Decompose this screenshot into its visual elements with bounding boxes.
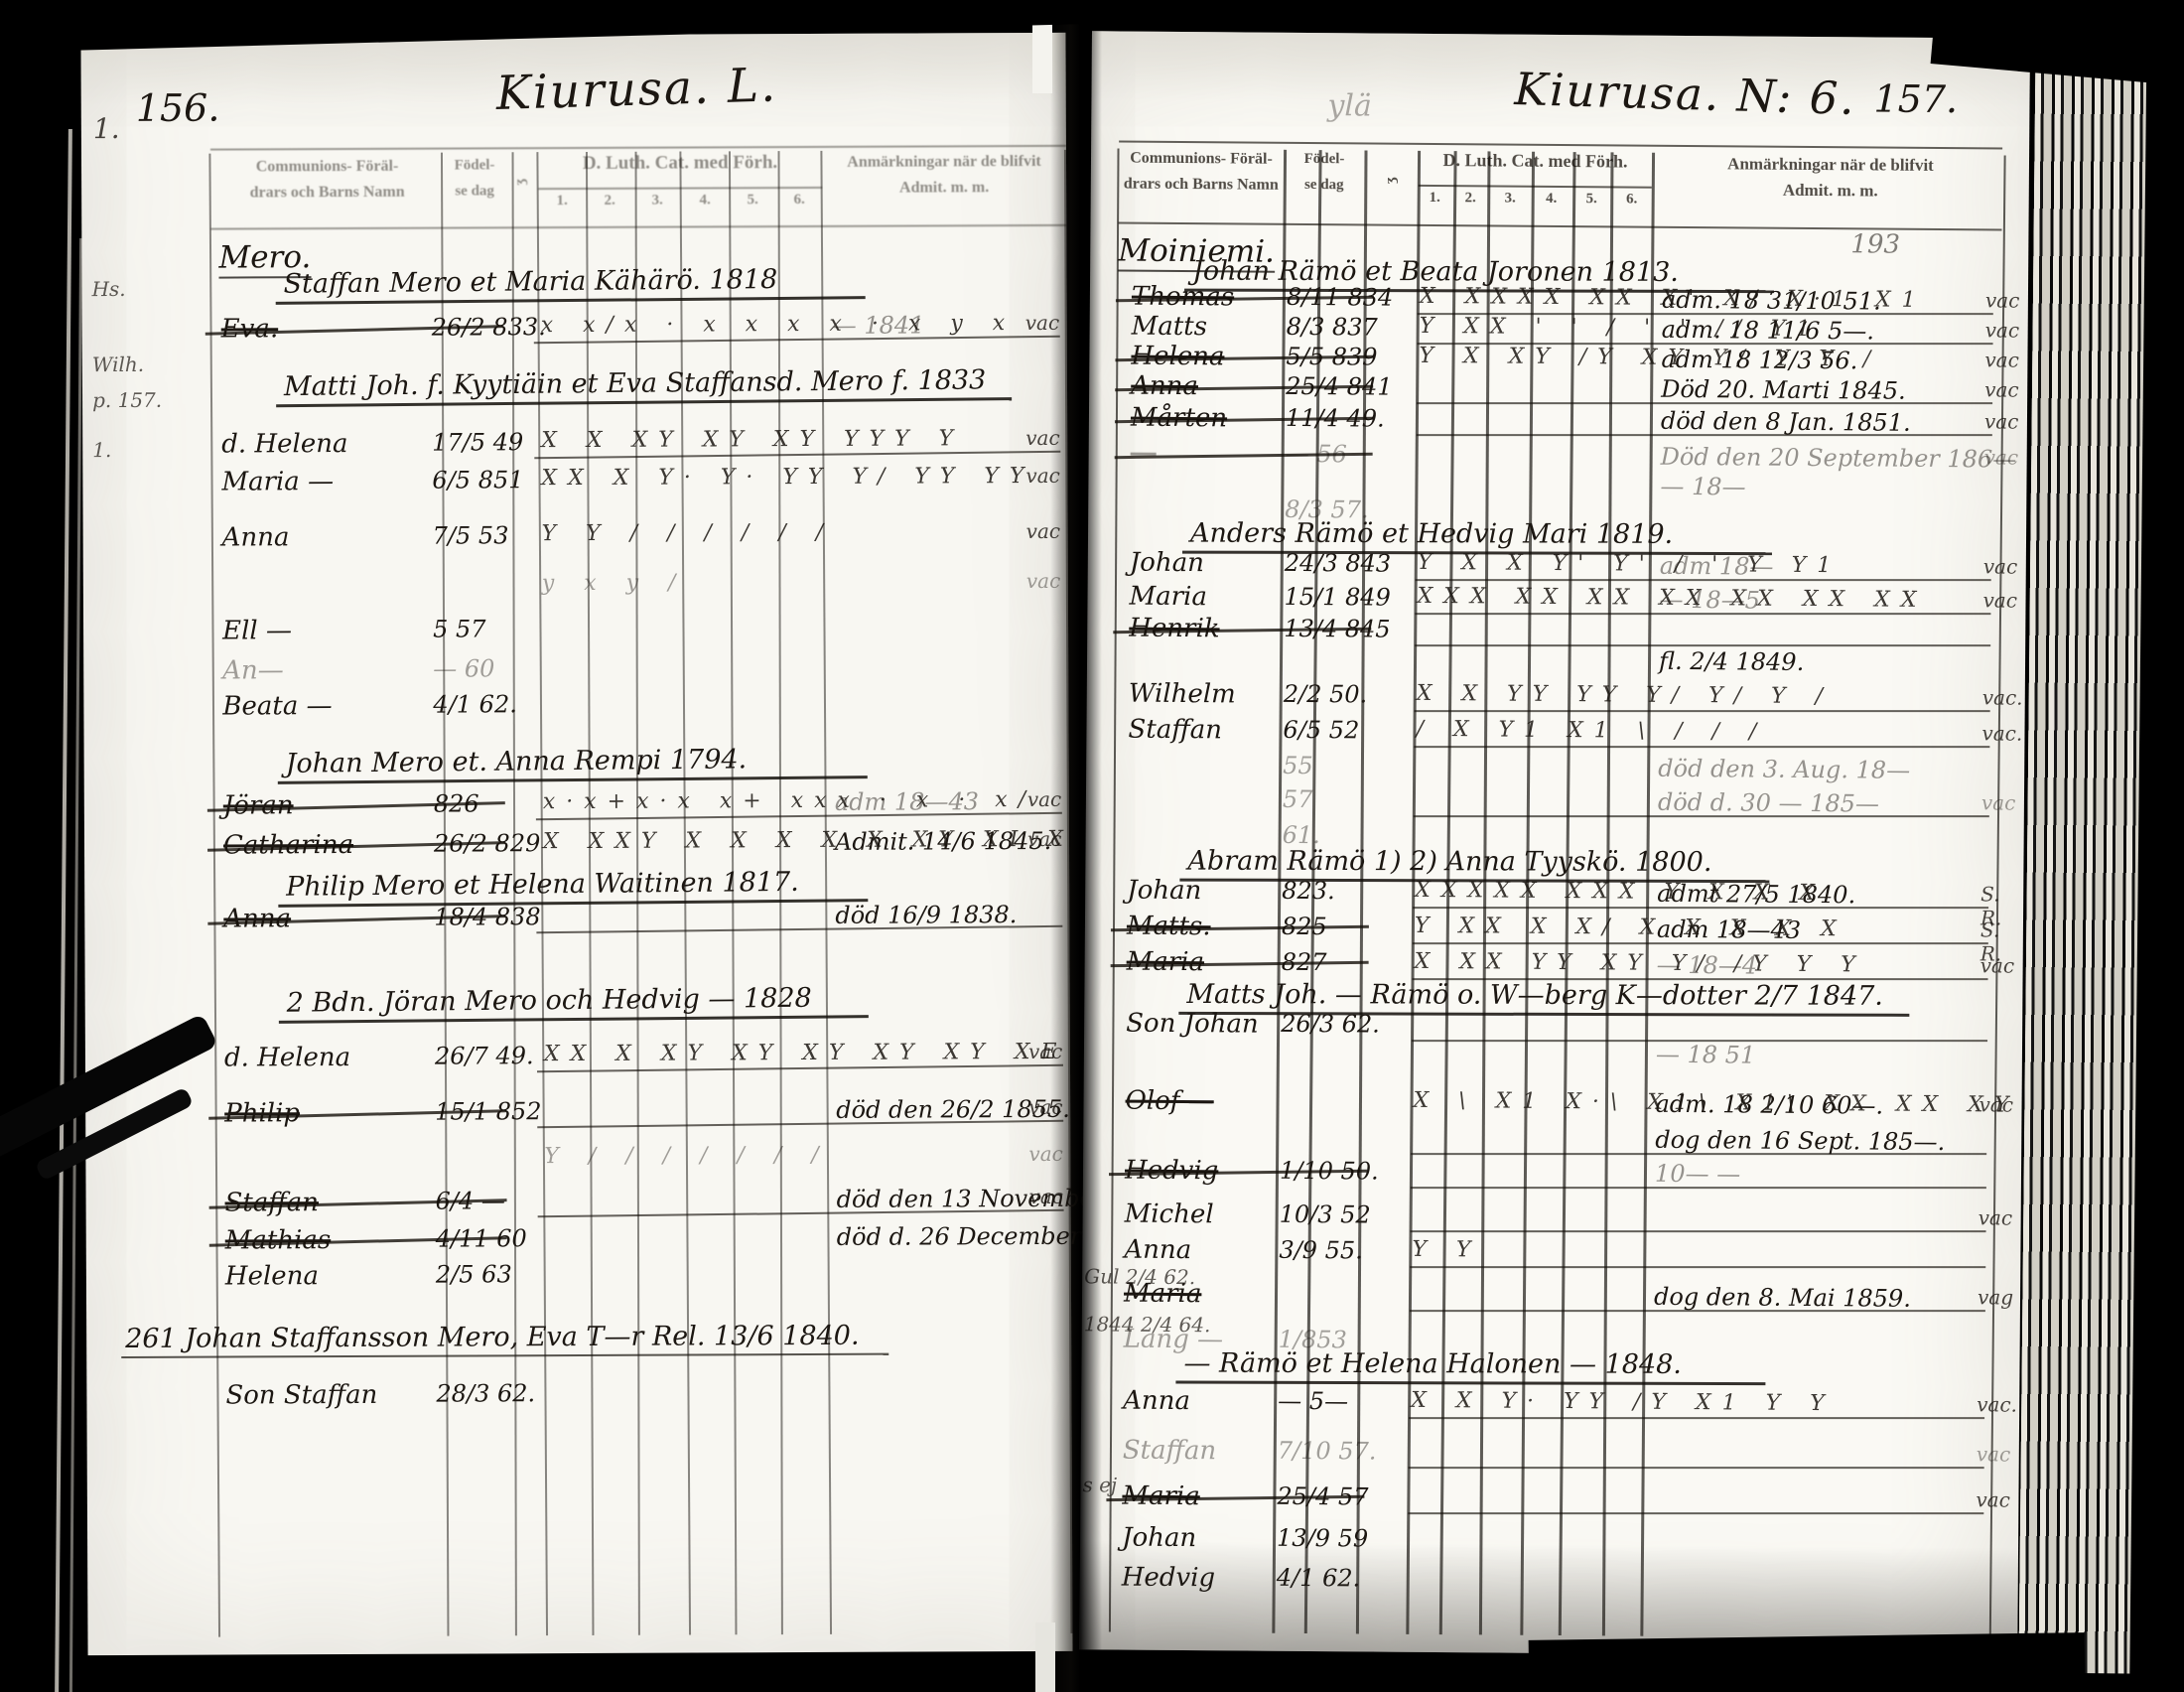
row-rule-line bbox=[1408, 1512, 1983, 1514]
header-rule bbox=[1118, 222, 2001, 231]
birth-date: 5 57 bbox=[433, 615, 486, 642]
person-row: Philip15/1 852död den 26/2 1855.vac bbox=[85, 1095, 1070, 1141]
col-subheader: 5. bbox=[729, 193, 776, 209]
col-header-notes2: Admit. m. m. bbox=[1662, 181, 1999, 202]
header-rule bbox=[210, 224, 1066, 230]
birth-date: — 5— bbox=[1278, 1387, 1348, 1416]
shadow-wedge bbox=[1529, 1632, 2086, 1692]
person-row: — 18 51 bbox=[1084, 1036, 2022, 1084]
margin-status: vac bbox=[1984, 348, 2019, 371]
person-name: Maria bbox=[1129, 582, 1207, 613]
person-row: Anna18/4 838död 16/9 1838. bbox=[84, 901, 1069, 946]
margin-status: vac bbox=[1977, 1442, 2011, 1466]
col-header-birth2: se dag bbox=[439, 184, 510, 200]
margin-status: vac bbox=[1980, 953, 2015, 977]
person-name: Beata — bbox=[222, 691, 332, 721]
annotation: adm 18— bbox=[1660, 552, 1774, 581]
col-header-names2: drars och Barns Namn bbox=[215, 185, 439, 203]
col-header-notes: Anmärkningar när de blifvit bbox=[824, 154, 1064, 172]
row-rule-line bbox=[1409, 1467, 1984, 1469]
row-rule-line bbox=[1409, 1417, 1984, 1419]
person-row: Y / / / / / / /vac bbox=[85, 1142, 1070, 1188]
margin-status: vac bbox=[1984, 445, 2019, 469]
catechism-marks: x x/x · x x x x · x y x bbox=[541, 311, 1017, 338]
annotation: adm 18—43 bbox=[1657, 916, 1801, 944]
catechism-marks: XX X Y· Y· YY Y/ YY YY bbox=[541, 464, 1034, 491]
col-header-notes: Anmärkningar när de blifvit bbox=[1662, 155, 1999, 176]
annotation: 10— — bbox=[1655, 1160, 1740, 1189]
family-header-text: — Rämö et Helena Halonen — 1848. bbox=[1175, 1348, 1765, 1386]
birth-date: 4/1 62. bbox=[433, 690, 517, 718]
annotation: adm. 18 11/6 5—. bbox=[1662, 316, 1874, 346]
catechism-marks: y x y / bbox=[542, 571, 687, 597]
person-name: Anna bbox=[1131, 371, 1198, 402]
annotation: dog den 16 Sept. 185—. bbox=[1655, 1126, 1945, 1156]
col-header-names: Communions- Föräl- bbox=[215, 159, 439, 177]
margin-status: vac. bbox=[1982, 685, 2023, 709]
row-rule-line bbox=[1411, 1153, 1986, 1155]
right-page: 157. ylä Kiurusa. N: 6. 193 Communions- … bbox=[1079, 31, 2030, 1656]
pre-title-right: ylä bbox=[1327, 88, 1372, 123]
person-name: Michel bbox=[1125, 1199, 1214, 1230]
row-rule-line bbox=[1411, 1187, 1986, 1189]
birth-date: 823. bbox=[1282, 877, 1335, 905]
col-header-names2: drars och Barns Namn bbox=[1121, 177, 1282, 195]
col-subheader: 4. bbox=[1532, 192, 1571, 208]
header-rule bbox=[210, 145, 1066, 151]
col-header-names: Communions- Föräl- bbox=[1121, 151, 1282, 169]
birth-date: 57 bbox=[1283, 785, 1313, 813]
margin-status: vac bbox=[1979, 1092, 2013, 1116]
margin-status: vac. bbox=[1977, 1392, 2017, 1416]
row-rule-line bbox=[1411, 1230, 1986, 1232]
birth-date: 13/9 59 bbox=[1277, 1524, 1368, 1553]
person-name: Ell — bbox=[222, 616, 292, 645]
birth-date: 6/5 52 bbox=[1283, 716, 1359, 745]
annotation: dog den 8. Mai 1859. bbox=[1654, 1283, 1911, 1313]
person-name: d. Helena bbox=[221, 429, 347, 460]
person-name: Matts bbox=[1132, 312, 1208, 343]
birth-date: 26/7 49. bbox=[435, 1042, 534, 1069]
person-name: Son Johan bbox=[1126, 1009, 1259, 1040]
row-rule-line bbox=[536, 925, 1062, 933]
annotation: död den 3. Aug. 18— bbox=[1658, 755, 1910, 784]
person-name: Matts. bbox=[1127, 912, 1211, 942]
loose-entry-row: 261 Johan Staffansson Mero, Eva T—r Rel.… bbox=[86, 1320, 1071, 1365]
header-rule bbox=[1119, 141, 2002, 150]
birth-date: 2/2 50. bbox=[1284, 680, 1368, 709]
family-header-row: Johan Mero et. Anna Rempi 1794. bbox=[84, 744, 1069, 789]
birth-date: 4/1 62. bbox=[1277, 1564, 1361, 1593]
person-row: Hedvig1/10 50.10— — bbox=[1083, 1155, 2021, 1203]
family-header-text: Johan Mero et. Anna Rempi 1794. bbox=[277, 743, 867, 784]
margin-status: vac bbox=[1985, 288, 2020, 312]
catechism-marks: X X XY XY XY YYY Y bbox=[541, 426, 964, 453]
annotation: adm 18 12/3 56. bbox=[1661, 346, 1857, 375]
family-header-row: 2 Bdn. Jöran Mero och Hedvig — 1828 bbox=[85, 983, 1070, 1029]
annotation: adm. 18 2/10 60—. bbox=[1655, 1090, 1883, 1120]
row-rule-line bbox=[1415, 613, 1990, 615]
col-header-age-mark: ʒ bbox=[1384, 165, 1400, 195]
person-name: Maria bbox=[1124, 1279, 1202, 1310]
row-rule-line bbox=[1417, 402, 1992, 404]
annotation: — 18—5 bbox=[1659, 586, 1760, 615]
col-subheader: 1. bbox=[1418, 191, 1452, 207]
col-subheader: 6. bbox=[776, 193, 822, 209]
row-rule-line bbox=[1416, 579, 1991, 581]
row-rule-line bbox=[537, 1120, 1063, 1128]
annotation: Admit. 14/6 1845. bbox=[835, 827, 1051, 856]
page-title-left: Kiurusa. L. bbox=[495, 58, 778, 121]
family-header-text: 2 Bdn. Jöran Mero och Hedvig — 1828 bbox=[279, 982, 869, 1024]
annotation: adm 18—43 bbox=[835, 787, 979, 816]
annotation: — 18— bbox=[1660, 473, 1745, 501]
person-name: Maria bbox=[1127, 947, 1205, 978]
loose-entry-text: 261 Johan Staffansson Mero, Eva T—r Rel.… bbox=[121, 1321, 889, 1358]
margin-status: vac bbox=[1982, 588, 2017, 612]
col-header-birth: Födel- bbox=[1286, 152, 1363, 168]
col-header-notes2: Admit. m. m. bbox=[824, 180, 1064, 198]
catechism-marks: XX X XY XY XY XY XY XE bbox=[544, 1040, 1068, 1066]
person-name: Johan bbox=[1127, 876, 1201, 907]
birth-date: — 60 bbox=[433, 654, 494, 682]
col-subheader: 2. bbox=[586, 194, 633, 210]
person-row: Anna7/5 53Y Y / / / / / /vac bbox=[83, 519, 1068, 565]
col-header-age-mark: ʒ bbox=[513, 167, 529, 197]
register-scan: 156. 1. Kiurusa. L. Communions- Föräl- d… bbox=[0, 0, 2184, 1692]
col-header-birth: Födel- bbox=[439, 158, 510, 174]
margin-status: vac bbox=[1983, 554, 2018, 578]
birth-date: 15/1 849 bbox=[1284, 583, 1391, 612]
person-row: Helena2/5 63 bbox=[86, 1258, 1071, 1304]
catechism-marks: Y Y bbox=[1412, 1237, 1481, 1263]
col-subheader: 6. bbox=[1612, 192, 1652, 208]
person-row: Son Staffan28/3 62. bbox=[86, 1377, 1071, 1423]
margin-status: vac bbox=[1976, 1487, 2010, 1511]
annotation: — 18—4 bbox=[1657, 951, 1758, 980]
col-subheader: 2. bbox=[1452, 191, 1489, 207]
annotation: adm. 18 31/10 51. bbox=[1662, 286, 1881, 316]
birth-date: 7/10 57. bbox=[1278, 1437, 1377, 1466]
row-rule-line bbox=[538, 1209, 1064, 1217]
person-name: Henrik bbox=[1129, 614, 1220, 644]
row-rule-line bbox=[1414, 815, 1989, 817]
family-header-row: Matti Joh. f. Kyytiäin et Eva Staffansd.… bbox=[82, 366, 1067, 412]
birth-date: 10/3 52 bbox=[1280, 1200, 1371, 1229]
person-name: Anna bbox=[222, 522, 290, 552]
col-subheader: 5. bbox=[1571, 192, 1612, 208]
person-name: Wilhelm bbox=[1129, 679, 1236, 710]
margin-status: vag bbox=[1978, 1285, 2013, 1309]
catechism-marks: / X Y1 X1 \ / / / bbox=[1416, 717, 1767, 745]
person-name: Eva. bbox=[221, 314, 279, 344]
page-title-right: Kiurusa. N: 6. bbox=[1514, 63, 1857, 125]
person-name: Staffan bbox=[1123, 1436, 1217, 1467]
corner-mark-left: 1. bbox=[93, 112, 120, 145]
person-name: Philip bbox=[224, 1098, 300, 1128]
margin-status: vac bbox=[1981, 790, 2016, 814]
person-name: Anna bbox=[223, 904, 291, 933]
spine-highlight-bottom bbox=[1035, 1622, 1055, 1692]
birth-date: 6/5 851 bbox=[432, 466, 523, 493]
annotation: död 16/9 1838. bbox=[835, 901, 1017, 929]
col-subheader: 1. bbox=[538, 194, 586, 210]
margin-status: vac bbox=[1984, 409, 2019, 433]
page-stack-edge bbox=[2018, 24, 2146, 1673]
col-subheader: 4. bbox=[681, 193, 729, 209]
family-header-text: Staffan Mero et Maria Kähärö. 1818 bbox=[275, 263, 865, 305]
margin-status: vac bbox=[1985, 318, 2020, 342]
person-name: Hedvig bbox=[1122, 1563, 1216, 1594]
birth-date: 26/3 62. bbox=[1281, 1010, 1380, 1039]
birth-date: 55 bbox=[1283, 752, 1313, 779]
catechism-marks: X X Y· YY /Y X1 Y Y bbox=[1411, 1388, 1836, 1416]
person-name: Helena bbox=[225, 1261, 319, 1291]
col-subheader: 3. bbox=[633, 194, 681, 210]
person-row: d. Helena26/7 49.XX X XY XY XY XY XY XEv… bbox=[85, 1040, 1070, 1085]
family-header-row: Staffan Mero et Maria Kähärö. 1818 bbox=[81, 264, 1066, 310]
row-rule-line bbox=[1413, 907, 1988, 909]
margin-status: vac bbox=[1979, 1205, 2013, 1229]
catechism-marks: X X YY YY Y/ Y/ Y / bbox=[1417, 681, 1834, 709]
person-name: Staffan bbox=[1128, 715, 1222, 746]
page-number-right: 157. bbox=[1873, 76, 1958, 121]
annotation: död d. 30 — 185— bbox=[1658, 788, 1879, 818]
person-row: Beata —4/1 62. bbox=[83, 688, 1068, 734]
birth-date: 17/5 49 bbox=[432, 428, 523, 456]
person-row: Eva.26/2 833.x x/x · x x x x · x y x— 18… bbox=[82, 311, 1067, 356]
person-name: Maria — bbox=[221, 467, 334, 496]
birth-date: 8/3 837 bbox=[1287, 313, 1378, 342]
annotation: död den 8 Jan. 1851. bbox=[1661, 407, 1911, 437]
catechism-marks: Y Y / / / / / / bbox=[542, 520, 835, 546]
row-rule-line bbox=[1415, 710, 1990, 712]
person-name: Anna bbox=[1123, 1386, 1190, 1417]
catechism-marks: Y / / / / / / / bbox=[544, 1143, 829, 1169]
person-row: Jöran826x·x+x·x x+ xxx · x · x/adm 18—43… bbox=[84, 787, 1069, 833]
person-row: Maria25/4 57vac bbox=[1080, 1480, 2018, 1529]
person-row: Anna— 5—X X Y· YY /Y X1 Y Yvac. bbox=[1081, 1385, 2019, 1434]
person-name: An— bbox=[222, 655, 284, 685]
birth-date: 2/5 63 bbox=[436, 1260, 512, 1288]
person-name: Maria bbox=[1122, 1481, 1200, 1512]
annotation: fl. 2/4 1849. bbox=[1659, 647, 1804, 676]
row-rule-line bbox=[1413, 942, 1988, 944]
person-name: d. Helena bbox=[224, 1043, 350, 1073]
birth-date: 28/3 62. bbox=[436, 1379, 535, 1407]
annotation: Död 20. Marti 1845. bbox=[1661, 375, 1906, 405]
person-name: Johan bbox=[1122, 1523, 1196, 1554]
annotation: Död den 20 September 186— bbox=[1661, 443, 2017, 474]
person-name: Olof — bbox=[1125, 1086, 1213, 1117]
birth-date: 24/3 843 bbox=[1285, 549, 1392, 578]
catechism-marks: X XX YY XY Y/ /Y Y Y bbox=[1415, 949, 1866, 978]
col-header-birth2: se dag bbox=[1286, 178, 1363, 194]
person-row: y x y /vac bbox=[83, 569, 1068, 615]
person-row: Ell —5 57 bbox=[83, 613, 1068, 658]
birth-date: 3/9 55. bbox=[1279, 1236, 1363, 1265]
col-subheader: 3. bbox=[1489, 191, 1532, 207]
margin-status: vac bbox=[1984, 377, 2019, 401]
row-rule-line bbox=[1414, 746, 1989, 748]
annotation: — 1841 bbox=[833, 311, 925, 339]
person-name: — bbox=[1131, 439, 1157, 469]
row-rule-line bbox=[1417, 434, 1992, 436]
person-row: Catharina26/2 829X XXY X X X X X XY XI X… bbox=[84, 827, 1069, 873]
catechism-marks: Y X X Y' Y' / ' Y Y1 bbox=[1418, 550, 1843, 578]
person-row: Maria —6/5 851XX X Y· Y· YY Y/ YY YYvac bbox=[82, 464, 1067, 509]
shadow-blob bbox=[0, 806, 54, 939]
left-page: 156. 1. Kiurusa. L. Communions- Föräl- d… bbox=[80, 33, 1072, 1655]
person-name: Johan bbox=[1130, 548, 1204, 579]
birth-date: 7/5 53 bbox=[433, 521, 509, 549]
person-name: Jöran bbox=[223, 790, 294, 820]
margin-status: vac. bbox=[1981, 721, 2022, 745]
person-name: Son Staffan bbox=[225, 1380, 377, 1411]
page-number-left: 156. bbox=[136, 86, 220, 130]
row-rule-line bbox=[1410, 1310, 1985, 1312]
person-row: Hedvig4/1 62. bbox=[1080, 1562, 2018, 1611]
person-name: Anna bbox=[1124, 1235, 1191, 1266]
annotation: — 18 51 bbox=[1656, 1041, 1756, 1069]
annotation: admt 27/5 1840. bbox=[1657, 880, 1855, 910]
family-header-text: Matti Joh. f. Kyytiäin et Eva Staffansd.… bbox=[276, 364, 1013, 407]
book-gutter bbox=[1050, 0, 1102, 1692]
